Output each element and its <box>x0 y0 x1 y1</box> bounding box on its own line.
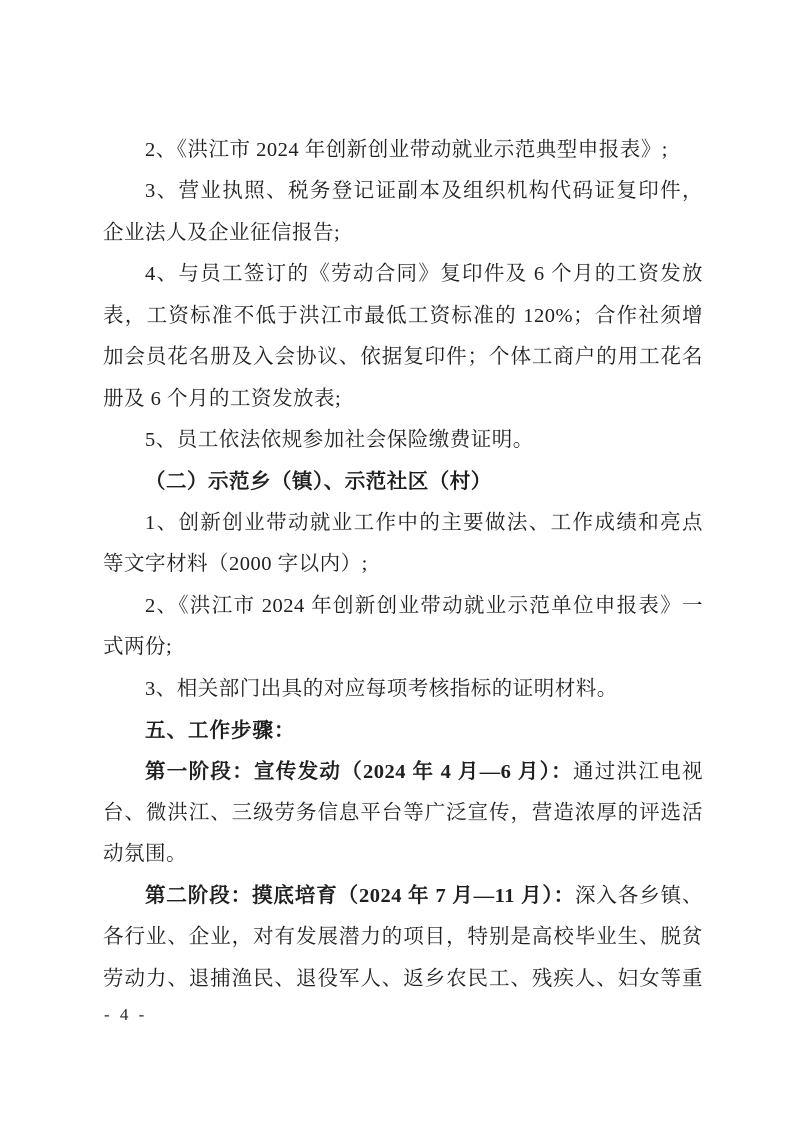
text-line: 式两份; <box>103 627 703 668</box>
text-line: 4、与员工签订的《劳动合同》复印件及 6 个月的工资发放 <box>103 254 703 295</box>
text-run: 等文字材料（2000 字以内）; <box>103 553 368 575</box>
text-run: 册及 6 个月的工资发放表; <box>103 388 341 410</box>
text-line: 企业法人及企业征信报告; <box>103 213 703 254</box>
text-run: 1、创新创业带动就业工作中的主要做法、工作成绩和亮点 <box>145 512 703 534</box>
text-run: 4、与员工签订的《劳动合同》复印件及 6 个月的工资发放 <box>145 263 703 285</box>
text-line: 5、员工依法依规参加社会保险缴费证明。 <box>103 420 703 461</box>
text-line: 各行业、企业，对有发展潜力的项目，特别是高校毕业生、脱贫 <box>103 917 703 958</box>
bold-text-run: （二）示范乡（镇）、示范社区（村） <box>145 471 492 493</box>
document-page: 2、《洪江市 2024 年创新创业带动就业示范典型申报表》;3、营业执照、税务登… <box>0 0 793 1122</box>
text-run: 3、营业执照、税务登记证副本及组织机构代码证复印件， <box>145 180 703 202</box>
text-line: 第二阶段：摸底培育（2024 年 7 月—11 月）：深入各乡镇、 <box>103 876 703 917</box>
heading-line: （二）示范乡（镇）、示范社区（村） <box>103 462 703 503</box>
text-line: 表，工资标准不低于洪江市最低工资标准的 120%；合作社须增 <box>103 296 703 337</box>
text-run: 表，工资标准不低于洪江市最低工资标准的 120%；合作社须增 <box>103 305 703 327</box>
text-run: 各行业、企业，对有发展潜力的项目，特别是高校毕业生、脱贫 <box>103 926 703 948</box>
text-line: 劳动力、退捕渔民、退役军人、返乡农民工、残疾人、妇女等重 <box>103 959 703 1000</box>
document-body: 2、《洪江市 2024 年创新创业带动就业示范典型申报表》;3、营业执照、税务登… <box>103 130 703 1000</box>
text-run: 式两份; <box>103 636 172 658</box>
page-number: - 4 - <box>104 1003 147 1027</box>
text-run: 2、《洪江市 2024 年创新创业带动就业示范单位申报表》一 <box>145 595 703 617</box>
text-line: 等文字材料（2000 字以内）; <box>103 544 703 585</box>
heading-line: 五、工作步骤： <box>103 710 703 751</box>
text-line: 3、相关部门出具的对应每项考核指标的证明材料。 <box>103 669 703 710</box>
text-line: 加会员花名册及入会协议、依据复印件；个体工商户的用工花名 <box>103 337 703 378</box>
bold-text-run: 第一阶段：宣传发动（2024 年 4 月—6 月）： <box>145 761 573 783</box>
text-run: 3、相关部门出具的对应每项考核指标的证明材料。 <box>145 678 618 700</box>
text-run: 2、《洪江市 2024 年创新创业带动就业示范典型申报表》; <box>145 139 668 161</box>
text-line: 册及 6 个月的工资发放表; <box>103 379 703 420</box>
text-run: 劳动力、退捕渔民、退役军人、返乡农民工、残疾人、妇女等重 <box>103 968 703 990</box>
text-line: 动氛围。 <box>103 834 703 875</box>
bold-text-run: 第二阶段：摸底培育（2024 年 7 月—11 月）： <box>145 885 575 907</box>
text-run: 通过洪江电视 <box>573 761 703 783</box>
text-line: 2、《洪江市 2024 年创新创业带动就业示范单位申报表》一 <box>103 586 703 627</box>
text-line: 3、营业执照、税务登记证副本及组织机构代码证复印件， <box>103 171 703 212</box>
text-run: 加会员花名册及入会协议、依据复印件；个体工商户的用工花名 <box>103 346 703 368</box>
text-line: 2、《洪江市 2024 年创新创业带动就业示范典型申报表》; <box>103 130 703 171</box>
text-run: 动氛围。 <box>103 843 187 865</box>
text-line: 台、微洪江、三级劳务信息平台等广泛宣传，营造浓厚的评选活 <box>103 793 703 834</box>
text-run: 企业法人及企业征信报告; <box>103 222 340 244</box>
text-run: 5、员工依法依规参加社会保险缴费证明。 <box>145 429 534 451</box>
text-line: 第一阶段：宣传发动（2024 年 4 月—6 月）：通过洪江电视 <box>103 752 703 793</box>
text-run: 台、微洪江、三级劳务信息平台等广泛宣传，营造浓厚的评选活 <box>103 802 703 824</box>
text-line: 1、创新创业带动就业工作中的主要做法、工作成绩和亮点 <box>103 503 703 544</box>
text-run: 深入各乡镇、 <box>575 885 703 907</box>
bold-text-run: 五、工作步骤： <box>145 719 296 742</box>
